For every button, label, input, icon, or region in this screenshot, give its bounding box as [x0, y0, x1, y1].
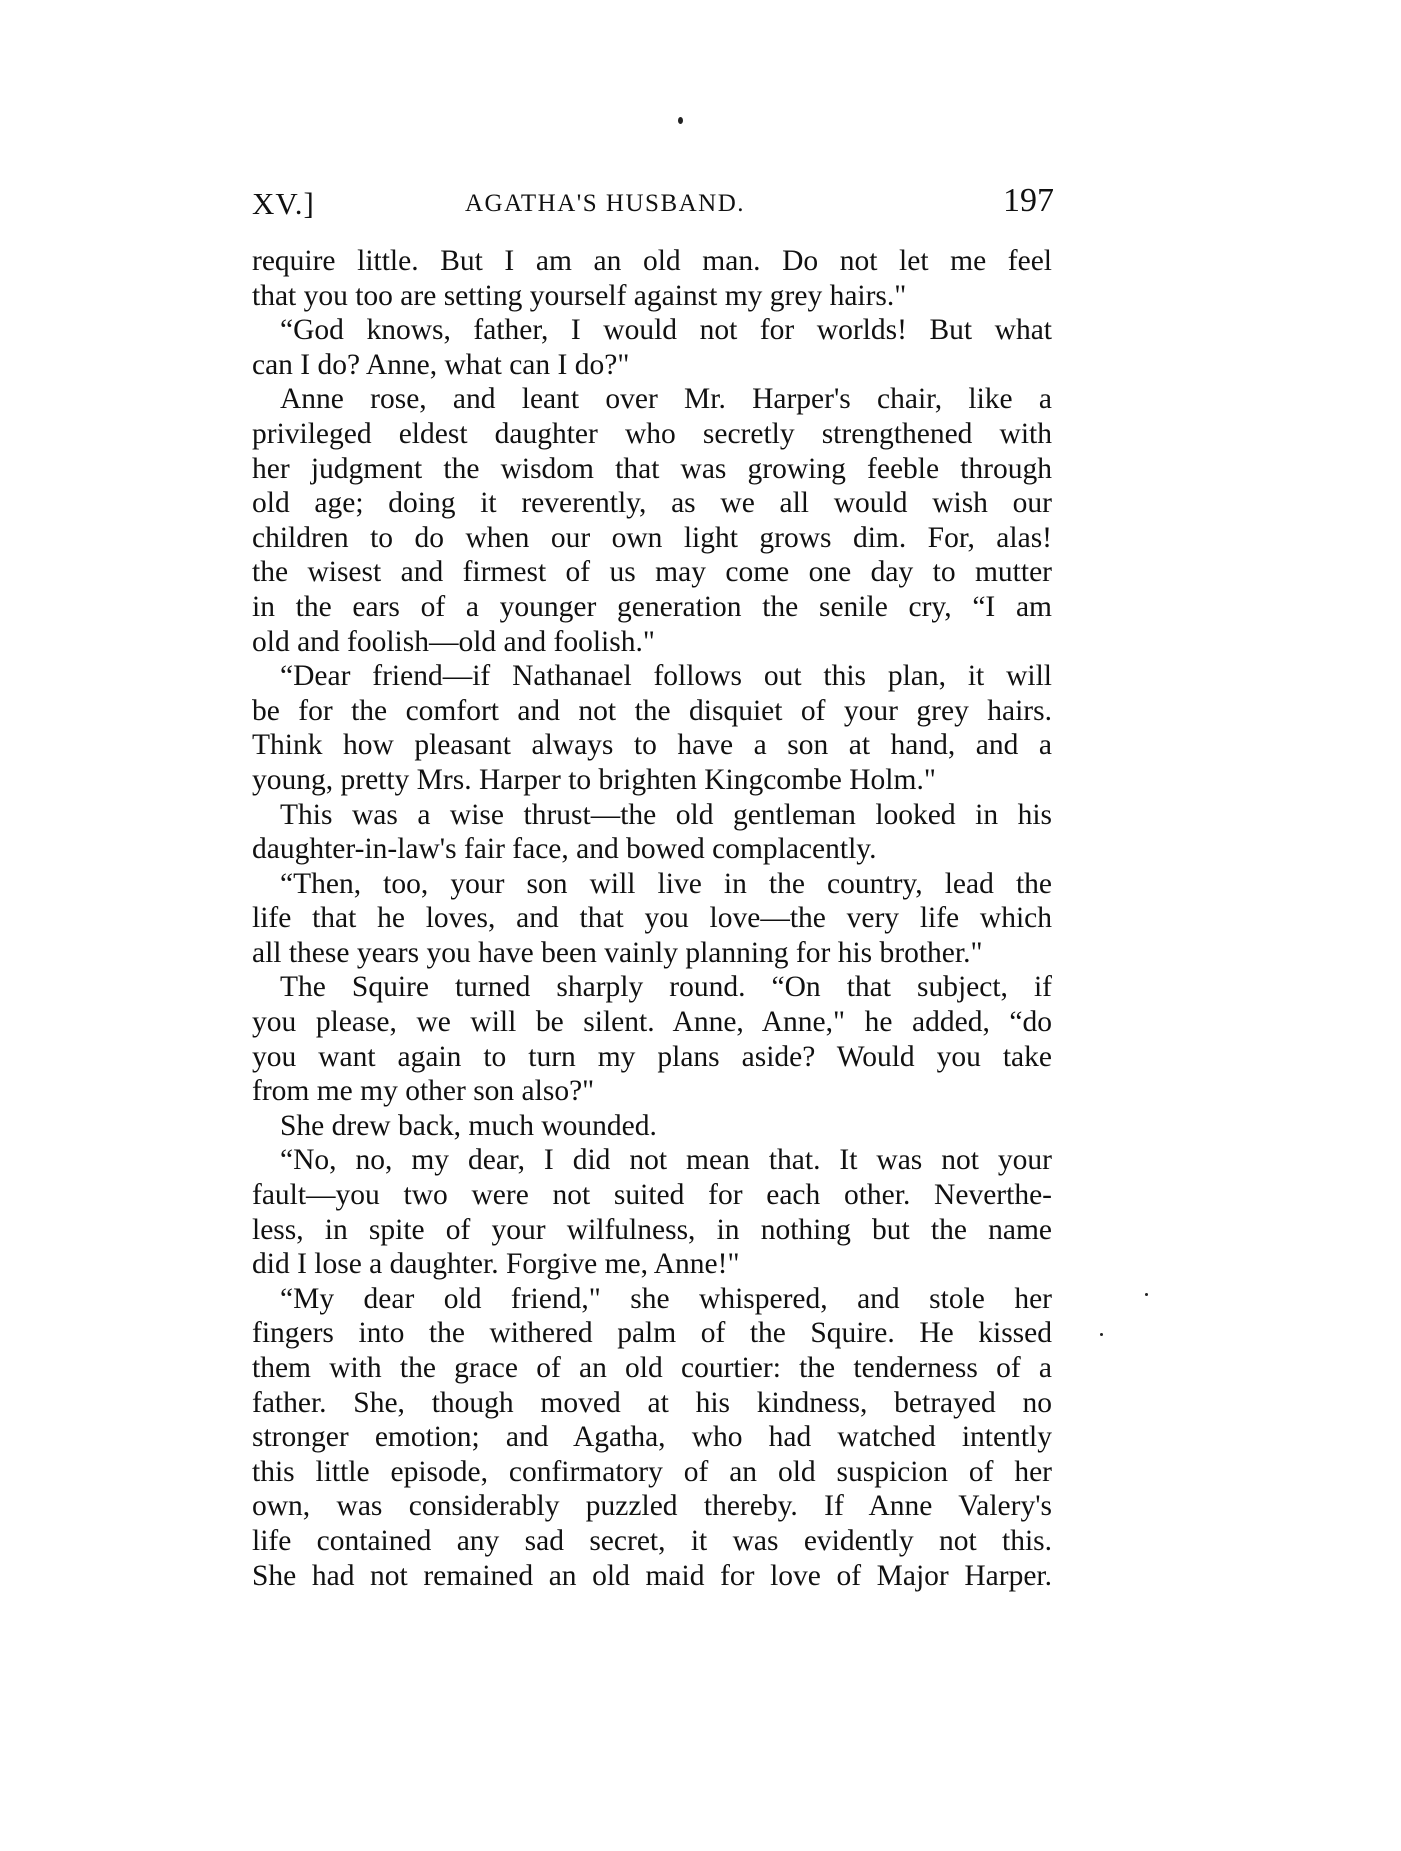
page-header: XV.] AGATHA'S HUSBAND. 197	[252, 186, 1052, 236]
text-line: The Squire turned sharply round. “On tha…	[252, 970, 1052, 1005]
text-line: that you too are setting yourself agains…	[252, 279, 1052, 314]
scan-speck	[1145, 1293, 1148, 1296]
text-line: She had not remained an old maid for lov…	[252, 1559, 1052, 1594]
text-line: fault—you two were not suited for each o…	[252, 1178, 1052, 1213]
text-line: in the ears of a younger generation the …	[252, 590, 1052, 625]
text-line: old age; doing it reverently, as we all …	[252, 486, 1052, 521]
chapter-number: XV.]	[252, 186, 315, 222]
running-title: AGATHA'S HUSBAND.	[465, 190, 745, 218]
scan-speck	[1100, 1333, 1103, 1336]
text-line: She drew back, much wounded.	[252, 1109, 1052, 1144]
text-line: you please, we will be silent. Anne, Ann…	[252, 1005, 1052, 1040]
text-line: her judgment the wisdom that was growing…	[252, 452, 1052, 487]
text-line: Anne rose, and leant over Mr. Harper's c…	[252, 382, 1052, 417]
text-line: “Dear friend—if Nathanael follows out th…	[252, 659, 1052, 694]
text-line: young, pretty Mrs. Harper to brighten Ki…	[252, 763, 1052, 798]
text-line: old and foolish—old and foolish."	[252, 625, 1052, 660]
text-line: you want again to turn my plans aside? W…	[252, 1040, 1052, 1075]
scan-speck	[678, 117, 683, 124]
text-line: less, in spite of your wilfulness, in no…	[252, 1213, 1052, 1248]
text-line: this little episode, confirmatory of an …	[252, 1455, 1052, 1490]
text-line: own, was considerably puzzled thereby. I…	[252, 1489, 1052, 1524]
body-text: require little. But I am an old man. Do …	[252, 244, 1052, 1593]
text-line: life that he loves, and that you love—th…	[252, 901, 1052, 936]
text-line: This was a wise thrust—the old gentleman…	[252, 798, 1052, 833]
text-line: children to do when our own light grows …	[252, 521, 1052, 556]
text-line: life contained any sad secret, it was ev…	[252, 1524, 1052, 1559]
text-line: daughter-in-law's fair face, and bowed c…	[252, 832, 1052, 867]
text-line: father. She, though moved at his kindnes…	[252, 1386, 1052, 1421]
text-line: be for the comfort and not the disquiet …	[252, 694, 1052, 729]
text-line: them with the grace of an old courtier: …	[252, 1351, 1052, 1386]
text-line: “No, no, my dear, I did not mean that. I…	[252, 1143, 1052, 1178]
text-line: the wisest and firmest of us may come on…	[252, 555, 1052, 590]
text-line: require little. But I am an old man. Do …	[252, 244, 1052, 279]
text-line: privileged eldest daughter who secretly …	[252, 417, 1052, 452]
text-line: fingers into the withered palm of the Sq…	[252, 1316, 1052, 1351]
text-line: “My dear old friend," she whispered, and…	[252, 1282, 1052, 1317]
text-line: can I do? Anne, what can I do?"	[252, 348, 1052, 383]
text-line: from me my other son also?"	[252, 1074, 1052, 1109]
text-line: all these years you have been vainly pla…	[252, 936, 1052, 971]
text-line: “God knows, father, I would not for worl…	[252, 313, 1052, 348]
text-line: did I lose a daughter. Forgive me, Anne!…	[252, 1247, 1052, 1282]
text-line: Think how pleasant always to have a son …	[252, 728, 1052, 763]
page-number: 197	[1003, 182, 1054, 220]
text-line: “Then, too, your son will live in the co…	[252, 867, 1052, 902]
text-line: stronger emotion; and Agatha, who had wa…	[252, 1420, 1052, 1455]
